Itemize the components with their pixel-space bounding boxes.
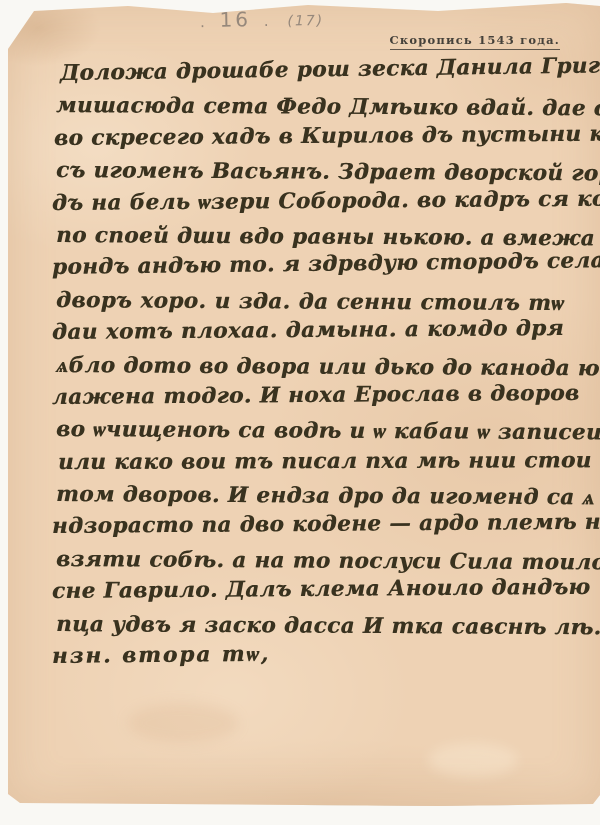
manuscript-line: сне Гаврило. Далъ клема Аноило дандъю	[52, 575, 564, 611]
manuscript-line: во скресего хадъ в Кирилов дъ пустыни ко…	[54, 122, 564, 158]
manuscript-line: нзн. втора тѡ,	[52, 639, 564, 677]
paper-stain	[428, 743, 518, 777]
manuscript-line: лажена тодго. И ноха Ерослав в дворов	[52, 381, 564, 417]
manuscript-line: ндзорасто па дво кодене — ардо племѣ нии…	[52, 510, 564, 546]
manuscript-line: во ѡчищеноѣ са водѣ и ѡ кабаи ѡ записеи	[56, 417, 564, 452]
manuscript-line: дъ на бель ѡзери Соборода. во кадръ ся к…	[52, 187, 564, 223]
manuscript-page: . 16 . (17) Скоропись 1543 года. Доложа …	[8, 3, 600, 806]
manuscript-line: даи хотъ плохаа. дамына. а комдо дря	[52, 316, 564, 352]
manuscript-text: Доложа дрошабе рош зеска Данила Григорье…	[52, 61, 564, 676]
archive-stamp-label: Скоропись 1543 года.	[390, 33, 560, 50]
pencil-page-number: 16	[213, 7, 257, 32]
pencil-alt-page-number: (17)	[277, 13, 324, 30]
pencil-dot: .	[264, 12, 271, 30]
manuscript-line: рондъ андъю то. я здрвдую стородъ села а…	[52, 249, 564, 288]
manuscript-line: или како вои тъ писал пха мѣ нии стои ст…	[58, 448, 564, 482]
scan-background: . 16 . (17) Скоропись 1543 года. Доложа …	[0, 0, 600, 825]
manuscript-line: Доложа дрошабе рош зеска Данила Григорье…	[60, 54, 564, 93]
paper-stain	[128, 703, 238, 743]
pencil-dot: .	[200, 13, 207, 31]
pencil-page-numbers: . 16 . (17)	[200, 6, 325, 32]
archive-stamp: Скоропись 1543 года.	[390, 33, 560, 47]
